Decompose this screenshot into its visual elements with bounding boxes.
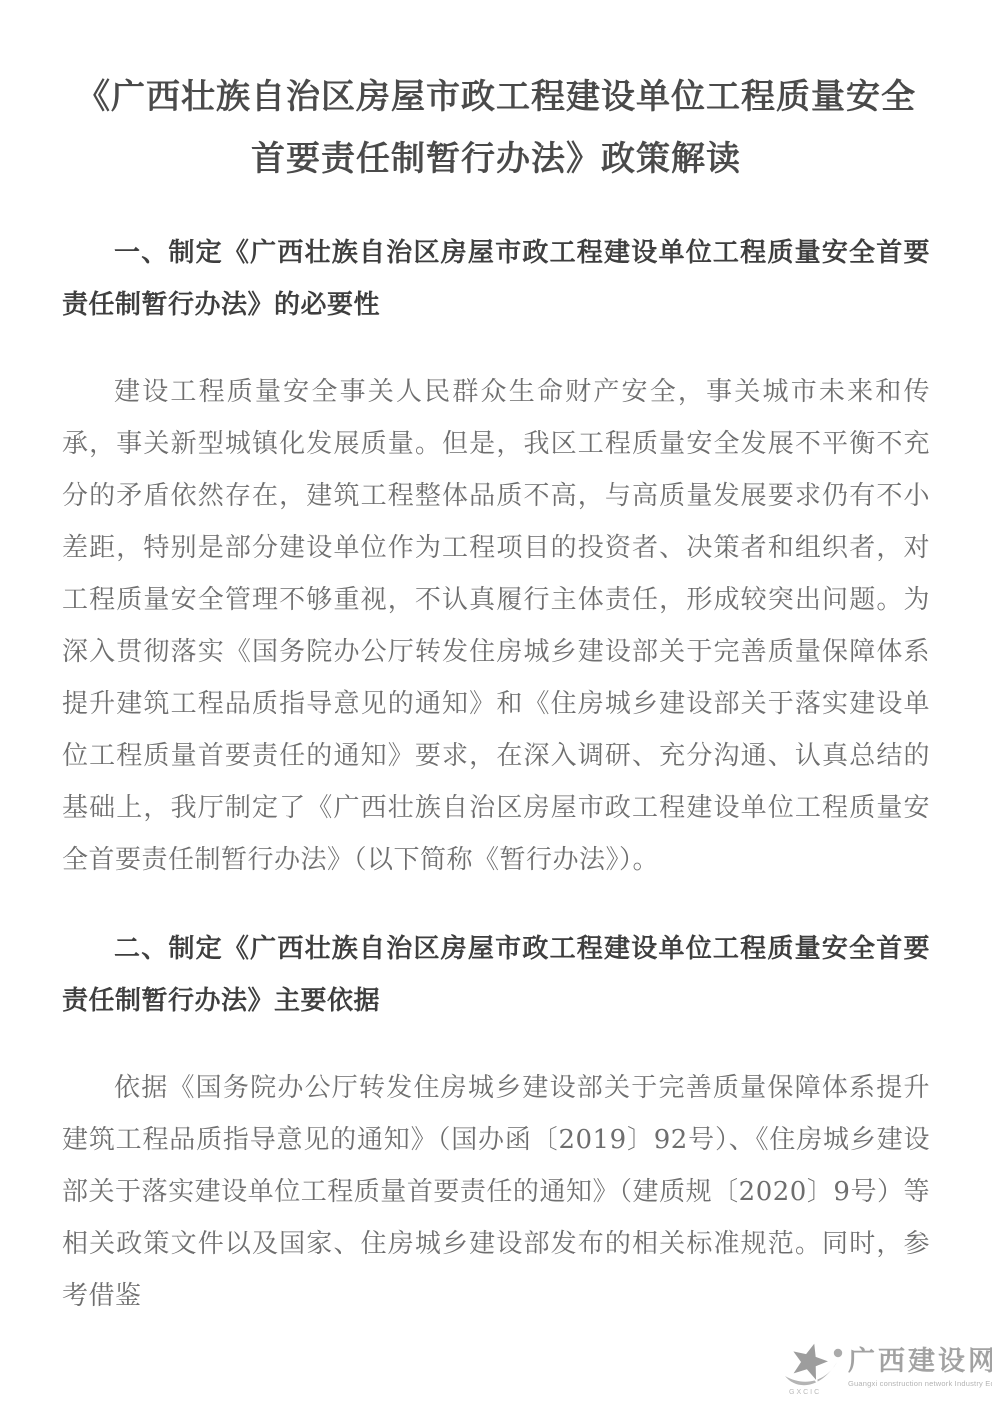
section-1-heading: 一、制定《广西壮族自治区房屋市政工程建设单位工程质量安全首要责任制暂行办法》的必…	[62, 226, 930, 330]
page-title-line-1: 《广西壮族自治区房屋市政工程建设单位工程质量安全	[62, 66, 930, 128]
page-title: 《广西壮族自治区房屋市政工程建设单位工程质量安全 首要责任制暂行办法》政策解读	[62, 66, 930, 190]
watermark-text-block: 广西建设网 Guangxi construction network Indus…	[848, 1338, 992, 1388]
watermark-star-caption: GXCIC	[789, 1389, 821, 1396]
section-2-paragraph: 依据《国务院办公厅转发住房城乡建设部关于完善质量保障体系提升建筑工程品质指导意见…	[62, 1062, 930, 1322]
watermark-logo: GXCIC	[782, 1338, 844, 1396]
watermark-tagline: Guangxi construction network Industry Ed…	[848, 1379, 992, 1388]
section-1-paragraph: 建设工程质量安全事关人民群众生命财产安全，事关城市未来和传承，事关新型城镇化发展…	[62, 366, 930, 886]
watermark-site-name: 广西建设网	[848, 1348, 992, 1376]
star-swoosh-icon	[782, 1338, 844, 1396]
document-page: 《广西壮族自治区房屋市政工程建设单位工程质量安全 首要责任制暂行办法》政策解读 …	[0, 0, 992, 1403]
page-title-line-2: 首要责任制暂行办法》政策解读	[62, 128, 930, 190]
logo-dot	[834, 1349, 842, 1357]
section-2-heading: 二、制定《广西壮族自治区房屋市政工程建设单位工程质量安全首要责任制暂行办法》主要…	[62, 922, 930, 1026]
site-watermark: GXCIC 广西建设网 Guangxi construction network…	[782, 1338, 992, 1396]
